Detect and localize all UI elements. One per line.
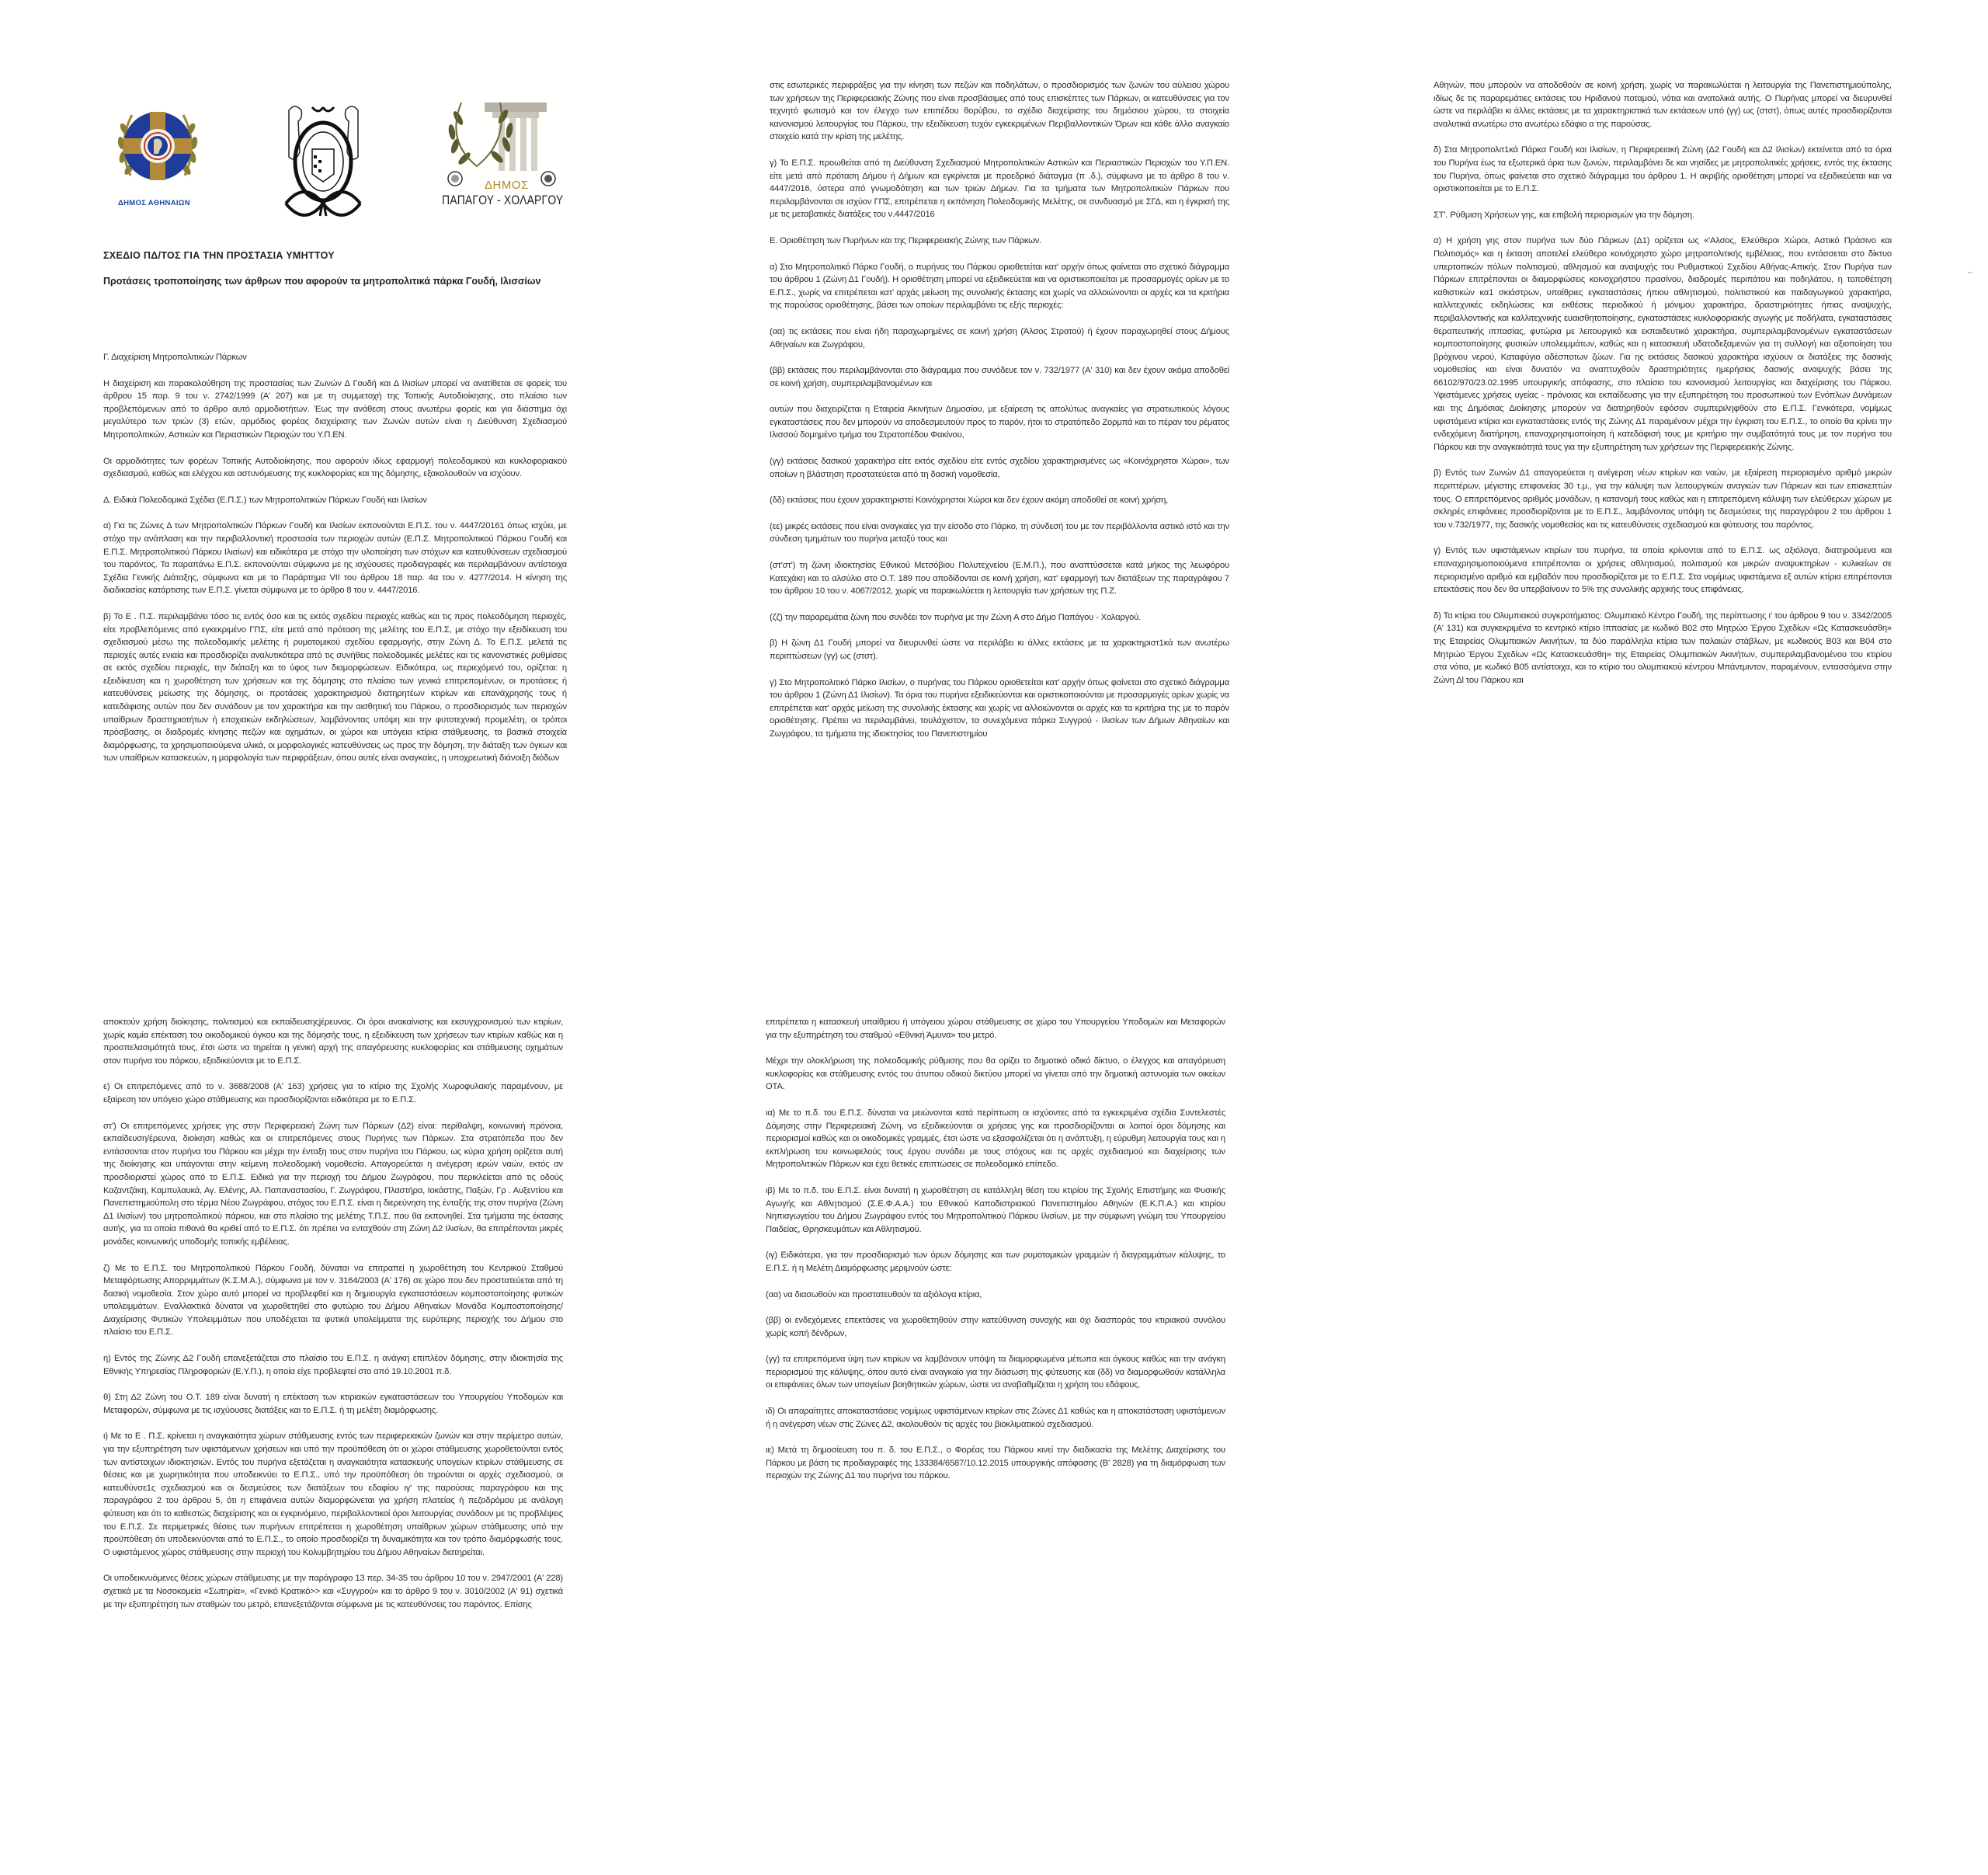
paragraph: α) Για τις Ζώνες Δ των Μητροπολιτικών Πά… [103,520,567,597]
page-5-body: επιτρέπεται η κατασκευή υπαίθριου ή υπόγ… [766,1016,1225,1496]
paragraph: (γγ) τα επιτρεπόμενα ύψη των κτιρίων να … [766,1353,1225,1392]
paragraph: ιδ) Οι απαραίτητες αποκαταστάσεις νομίμω… [766,1405,1225,1431]
paragraph: γ) Εντός των υφιστάμενων κτιρίων του πυρ… [1434,544,1892,596]
paragraph: (αα) τις εκτάσεις που είναι ήδη παραχωρη… [770,325,1229,351]
paragraph: θ) Στη Δ2 Ζώνη του Ο.Τ. 189 είναι δυνατή… [103,1391,563,1417]
paragraph: αποκτούν χρήση διοίκησης, πολιτισμού και… [103,1016,563,1067]
section-heading: Δ. Ειδικά Πολεοδομικά Σχέδια (Ε.Π.Σ.) τω… [103,494,567,507]
paragraph: (στ'στ') τη ζώνη ιδιοκτησίας Εθνικού Μετ… [770,559,1229,598]
paragraph: α) Η χρήση γης στον πυρήνα των δύο Πάρκω… [1434,235,1892,454]
papagou-logo-name: ΠΑΠΑΓΟΥ - ΧΟΛΑΡΓΟΥ [442,193,563,208]
paragraph: (ζζ) την παραρεμάτια ζώνη που συνδέει το… [770,611,1229,624]
paragraph: στις εσωτερικές περιφράξεις για την κίνη… [770,79,1229,144]
section-heading: Ε. Οριοθέτηση των Πυρήνων και της Περιφε… [770,235,1229,248]
paragraph: Η διαχείριση και παρακολούθηση της προστ… [103,377,567,442]
paragraph: (γγ) εκτάσεις δασικού χαρακτήρα είτε εκτ… [770,455,1229,481]
zografou-municipality-logo [283,101,364,217]
paragraph: γ) Στο Μητροπολιτικό Πάρκο Ιλισίων, ο πυ… [770,677,1229,741]
paragraph: Αθηνών, που μπορούν να αποδοθούν σε κοιν… [1434,79,1892,130]
paragraph: (εε) μικρές εκτάσεις που είναι αναγκαίες… [770,520,1229,546]
papagou-cholargou-municipality-logo: ΔΗΜΟΣ ΠΑΠΑΓΟΥ - ΧΟΛΑΡΓΟΥ [438,95,570,211]
paragraph: Οι αρμοδιότητες των φορέων Τοπικής Αυτοδ… [103,455,567,481]
logo-row: ΔΗΜΟΣ ΑΘΗΝΑΙΩΝ [104,98,570,222]
paragraph: (δδ) εκτάσεις που έχουν χαρακτηριστεί Κο… [770,494,1229,507]
papagou-emblem-icon [438,95,570,180]
paragraph: Μέχρι την ολοκλήρωση της πολεοδομικής ρύ… [766,1055,1225,1094]
page-2-body: στις εσωτερικές περιφράξεις για την κίνη… [770,79,1229,754]
paragraph: Οι υποδεικνυόμενες θέσεις χώρων στάθμευσ… [103,1572,563,1611]
paragraph: (ιγ) Ειδικότερα, για τον προσδιορισμό τω… [766,1249,1225,1275]
page-4-body: αποκτούν χρήση διοίκησης, πολιτισμού και… [103,1016,563,1624]
papagou-logo-dimos: ΔΗΜΟΣ [485,179,529,192]
athens-municipality-logo: ΔΗΜΟΣ ΑΘΗΝΑΙΩΝ [115,98,200,214]
section-heading: ΣΤ'. Ρύθμιση Χρήσεων γης, και επιβολή πε… [1434,209,1892,222]
page-3-body: Αθηνών, που μπορούν να αποδοθούν σε κοιν… [1434,79,1892,700]
paragraph: αυτών που διαχειρίζεται η Εταιρεία Ακινή… [770,403,1229,442]
document-page-3: Αθηνών, που μπορούν να αποδοθούν σε κοιν… [1421,70,1926,893]
paragraph: γ) Το Ε.Π.Σ. προωθείται από τη Διεύθυνση… [770,157,1229,221]
document-page-1: ΔΗΜΟΣ ΑΘΗΝΑΙΩΝ [93,70,621,909]
document-title: ΣΧΕΔΙΟ ΠΔ/ΤΟΣ ΓΙΑ ΤΗΝ ΠΡΟΣΤΑΣΙΑ ΥΜΗΤΤΟΥ [103,250,335,261]
paragraph: ιβ) Με το π.δ. του Ε.Π.Σ. είναι δυνατή η… [766,1184,1225,1236]
athens-logo-caption: ΔΗΜΟΣ ΑΘΗΝΑΙΩΝ [118,199,190,207]
zografou-emblem-icon [283,101,364,217]
paragraph: (ββ) οι ενδεχόμενες επεκτάσεις να χωροθε… [766,1314,1225,1340]
athens-emblem-icon [115,98,200,197]
section-heading: Γ. Διαχείριση Μητροπολιτικών Πάρκων [103,351,567,364]
paragraph: στ') Οι επιτρεπόμενες χρήσεις γης στην Π… [103,1120,563,1249]
paragraph: επιτρέπεται η κατασκευή υπαίθριου ή υπόγ… [766,1016,1225,1042]
paragraph: (ββ) εκτάσεις που περιλαμβάνονται στο δι… [770,364,1229,390]
paragraph: α) Στο Μητροπολιτικό Πάρκο Γουδή, ο πυρή… [770,261,1229,312]
paragraph: β) Εντός των Ζωνών Δ1 απαγορεύεται η ανέ… [1434,467,1892,531]
document-subtitle: Προτάσεις τροποποίησης των άρθρων που αφ… [103,273,567,289]
paragraph: ε) Οι επιτρεπόμενες από το ν. 3688/2008 … [103,1080,563,1106]
paragraph: δ) Τα κτίρια του Ολυμπιακού συγκροτήματο… [1434,610,1892,687]
page-1-body: Γ. Διαχείριση Μητροπολιτικών Πάρκων Η δι… [103,351,567,778]
paragraph: β) Το Ε . Π.Σ. περιλαμβάνει τόσο τις εντ… [103,611,567,765]
paragraph: ιε) Μετά τη δημοσίευση του π. δ. του Ε.Π… [766,1444,1225,1483]
paragraph: β) Η ζώνη Δ1 Γουδή μπορεί να διευρυνθεί … [770,637,1229,663]
paragraph: δ) Στα Μητροπολιτ1κά Πάρκα Γουδή και Ιλι… [1434,144,1892,195]
document-page-2: στις εσωτερικές περιφράξεις για την κίνη… [757,70,1262,893]
scan-artifact [1968,272,1972,273]
paragraph: ζ) Με το Ε.Π.Σ. του Μητροπολιτικού Πάρκο… [103,1262,563,1340]
document-page-5: επιτρέπεται η κατασκευή υπαίθριου ή υπόγ… [757,1002,1262,1592]
paragraph: ια) Με το π.δ. του Ε.Π.Σ. δύναται να μει… [766,1107,1225,1171]
paragraph: ι) Με το Ε . Π.Σ. κρίνεται η αναγκαιότητ… [103,1430,563,1559]
paragraph: η) Εντός της Ζώνης Δ2 Γουδή επανεξετάζετ… [103,1352,563,1378]
paragraph: (αα) να διασωθούν και προστατευθούν τα α… [766,1289,1225,1302]
document-page-4: αποκτούν χρήση διοίκησης, πολιτισμού και… [89,1002,602,1841]
